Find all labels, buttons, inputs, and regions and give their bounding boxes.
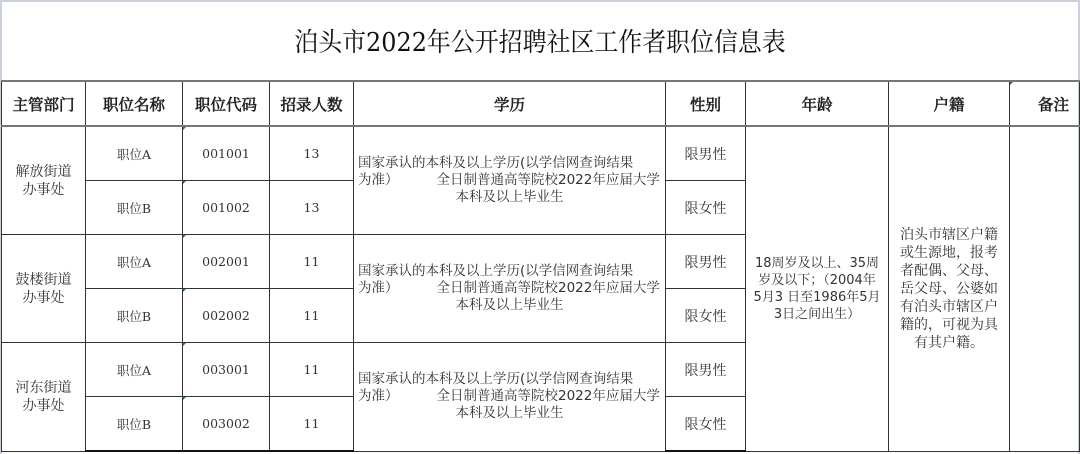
hukou-line: 岳父母、公婆如: [897, 280, 1001, 298]
education-line: 国家承认的本科及以上学历(以学信网查询结果: [358, 155, 661, 172]
education-line: 本科及以上毕业生: [358, 405, 661, 422]
code-value: 003002: [202, 416, 250, 431]
education-line: 国家承认的本科及以上学历(以学信网查询结果: [358, 263, 661, 280]
code-value: 003001: [202, 362, 250, 377]
age-line: 3日之间出生）: [750, 306, 884, 323]
hukou-line: 有其户籍。: [897, 334, 1001, 352]
count-cell[interactable]: 11: [270, 397, 354, 452]
comment-flag-icon: [183, 235, 188, 240]
dept-cell[interactable]: 鼓楼街道 办事处: [2, 235, 86, 343]
count-cell[interactable]: 11: [270, 289, 354, 343]
code-value: 001002: [202, 200, 250, 215]
header-position[interactable]: 职位名称: [86, 81, 183, 126]
header-gender[interactable]: 性别: [666, 81, 746, 126]
count-cell[interactable]: 11: [270, 343, 354, 397]
age-line: 岁及以下；（2004年: [750, 272, 884, 289]
code-value: 002002: [202, 308, 250, 323]
education-line: 为准）全日制普通高等院校2022年应届大学: [358, 280, 661, 297]
age-cell[interactable]: 18周岁及以上、35周 岁及以下；（2004年 5月3 日至1986年5月 3日…: [746, 126, 889, 451]
education-fragment: 全日制普通高等院校2022年应届大学: [437, 280, 660, 296]
dept-line: 办事处: [2, 181, 85, 199]
gender-cell[interactable]: 限女性: [666, 289, 746, 343]
comment-flag-icon: [1010, 81, 1015, 86]
education-fragment: 为准）: [358, 172, 399, 188]
comment-flag-icon: [183, 397, 188, 402]
page-title: 泊头市2022年公开招聘社区工作者职位信息表: [43, 0, 1037, 80]
education-cell[interactable]: 国家承认的本科及以上学历(以学信网查询结果 为准）全日制普通高等院校2022年应…: [354, 343, 666, 452]
remark-cell[interactable]: [1010, 126, 1080, 451]
education-line: 为准）全日制普通高等院校2022年应届大学: [358, 388, 661, 405]
code-cell[interactable]: 002001: [183, 235, 270, 289]
code-cell[interactable]: 003002: [183, 397, 270, 452]
header-education[interactable]: 学历: [354, 81, 666, 126]
education-fragment: 全日制普通高等院校2022年应届大学: [437, 388, 660, 404]
code-value: 002001: [202, 254, 250, 269]
hukou-line: 籍的，可视为具: [897, 316, 1001, 334]
comment-flag-icon: [183, 181, 188, 186]
header-age[interactable]: 年龄: [746, 81, 889, 126]
education-line: 本科及以上毕业生: [358, 297, 661, 314]
position-cell[interactable]: 职位B: [86, 397, 183, 452]
education-cell[interactable]: 国家承认的本科及以上学历(以学信网查询结果 为准）全日制普通高等院校2022年应…: [354, 126, 666, 235]
position-cell[interactable]: 职位B: [86, 289, 183, 343]
education-line: 本科及以上毕业生: [358, 189, 661, 206]
education-line: 国家承认的本科及以上学历(以学信网查询结果: [358, 371, 661, 388]
header-remark[interactable]: 备注: [1010, 81, 1080, 126]
dept-cell[interactable]: 河东街道 办事处: [2, 343, 86, 452]
header-dept[interactable]: 主管部门: [2, 81, 86, 126]
position-cell[interactable]: 职位A: [86, 343, 183, 397]
comment-flag-icon: [183, 126, 188, 131]
education-fragment: 为准）: [358, 280, 399, 296]
dept-line: 办事处: [2, 289, 85, 307]
dept-line: 解放街道: [2, 163, 85, 181]
hukou-line: 泊头市辖区户籍: [897, 226, 1001, 244]
position-cell[interactable]: 职位A: [86, 126, 183, 181]
gender-cell[interactable]: 限女性: [666, 397, 746, 452]
code-cell[interactable]: 001001: [183, 126, 270, 181]
code-cell[interactable]: 002002: [183, 289, 270, 343]
code-cell[interactable]: 003001: [183, 343, 270, 397]
header-count[interactable]: 招录人数: [270, 81, 354, 126]
dept-line: 鼓楼街道: [2, 271, 85, 289]
education-fragment: 为准）: [358, 388, 399, 404]
gender-cell[interactable]: 限男性: [666, 343, 746, 397]
comment-flag-icon: [183, 289, 188, 294]
header-remark-label: 备注: [1038, 95, 1069, 114]
education-line: 为准）全日制普通高等院校2022年应届大学: [358, 172, 661, 189]
hukou-line: 有泊头市辖区户: [897, 298, 1001, 316]
count-cell[interactable]: 13: [270, 181, 354, 235]
education-fragment: 全日制普通高等院校2022年应届大学: [437, 172, 660, 188]
count-cell[interactable]: 11: [270, 235, 354, 289]
dept-line: 办事处: [2, 397, 85, 415]
age-line: 5月3 日至1986年5月: [750, 289, 884, 306]
hukou-cell[interactable]: 泊头市辖区户籍 或生源地，报考 者配偶、父母、 岳父母、公婆如 有泊头市辖区户 …: [889, 126, 1010, 451]
position-cell[interactable]: 职位A: [86, 235, 183, 289]
header-code[interactable]: 职位代码: [183, 81, 270, 126]
code-cell[interactable]: 001002: [183, 181, 270, 235]
hukou-line: 者配偶、父母、: [897, 262, 1001, 280]
gender-cell[interactable]: 限男性: [666, 235, 746, 289]
dept-line: 河东街道: [2, 379, 85, 397]
comment-flag-icon: [183, 343, 188, 348]
positions-table: 主管部门 职位名称 职位代码 招录人数 学历 性别 年龄 户籍 备注 解放街道 …: [1, 80, 1080, 452]
table-row: 解放街道 办事处 职位A 001001 13 国家承认的本科及以上学历(以学信网…: [2, 126, 1080, 181]
header-row: 主管部门 职位名称 职位代码 招录人数 学历 性别 年龄 户籍 备注: [2, 81, 1080, 126]
code-value: 001001: [202, 146, 250, 161]
header-hukou[interactable]: 户籍: [889, 81, 1010, 126]
dept-cell[interactable]: 解放街道 办事处: [2, 126, 86, 235]
gender-cell[interactable]: 限男性: [666, 126, 746, 181]
hukou-line: 或生源地，报考: [897, 244, 1001, 262]
gender-cell[interactable]: 限女性: [666, 181, 746, 235]
position-cell[interactable]: 职位B: [86, 181, 183, 235]
age-line: 18周岁及以上、35周: [750, 255, 884, 272]
count-cell[interactable]: 13: [270, 126, 354, 181]
education-cell[interactable]: 国家承认的本科及以上学历(以学信网查询结果 为准）全日制普通高等院校2022年应…: [354, 235, 666, 343]
